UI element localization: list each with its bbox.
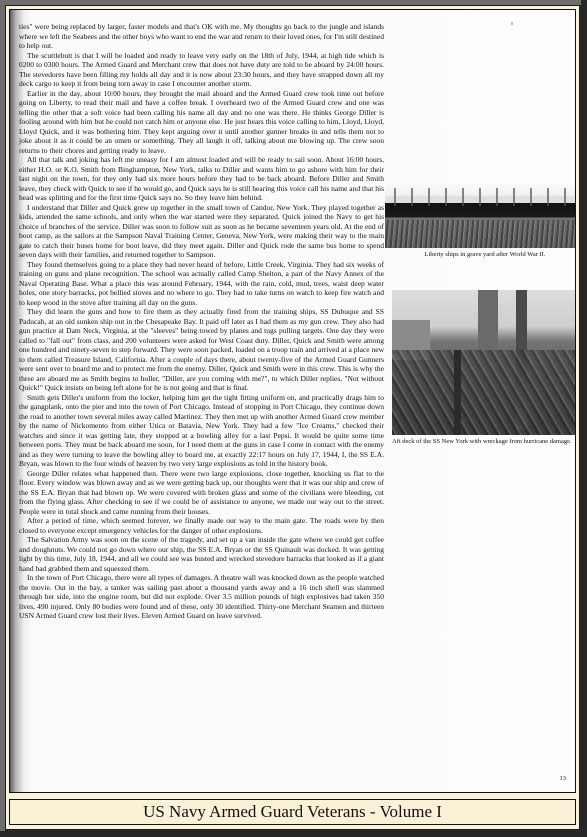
paragraph: George Diller relates what happened then… [19,469,384,517]
picture-frame: ties" were being replaced by larger, fas… [0,0,587,837]
paragraph: Earlier in the day, about 10:00 hours, t… [19,89,384,156]
paragraph: The scuttlebutt is that I will be loaded… [19,51,384,89]
caption-bar: US Navy Armed Guard Veterans - Volume I [9,799,576,825]
deck-wreckage [392,350,576,435]
ship-deck-photo [392,290,576,435]
photo-caption: Aft deck of the SS New York with wreckag… [392,438,576,446]
paragraph: I understand that Diller and Quick grew … [19,203,384,260]
page-number: 13 [560,775,567,782]
paragraph: The Salvation Army was soon on the scene… [19,535,384,573]
paragraph: All that talk and joking has left me une… [19,155,384,203]
paragraph: Smith gets Diller's uniform from the loc… [19,393,384,469]
caption-title: US Navy Armed Guard Veterans - Volume I [143,802,442,822]
paragraph: They found themselves going to a place t… [19,260,384,308]
photo-caption: Liberty ships in grave yard after World … [405,251,565,258]
scanned-page: ties" were being replaced by larger, fas… [9,9,576,793]
paragraph: After a period of time, which seemed for… [19,516,384,535]
paragraph: ties" were being replaced by larger, fas… [19,22,384,51]
ship-masts [385,188,576,206]
body-text-column: ties" were being replaced by larger, fas… [19,22,384,621]
paragraph: In the town of Port Chicago, there were … [19,573,384,621]
liberty-ships-photo [385,184,576,248]
deck-post [454,350,461,435]
grass-foreground [385,220,576,248]
frame-bevel-bottom [0,831,587,837]
paragraph: They did learn the guns and how to fire … [19,307,384,393]
frame-bevel-right [581,0,587,837]
scan-speck [511,22,513,25]
